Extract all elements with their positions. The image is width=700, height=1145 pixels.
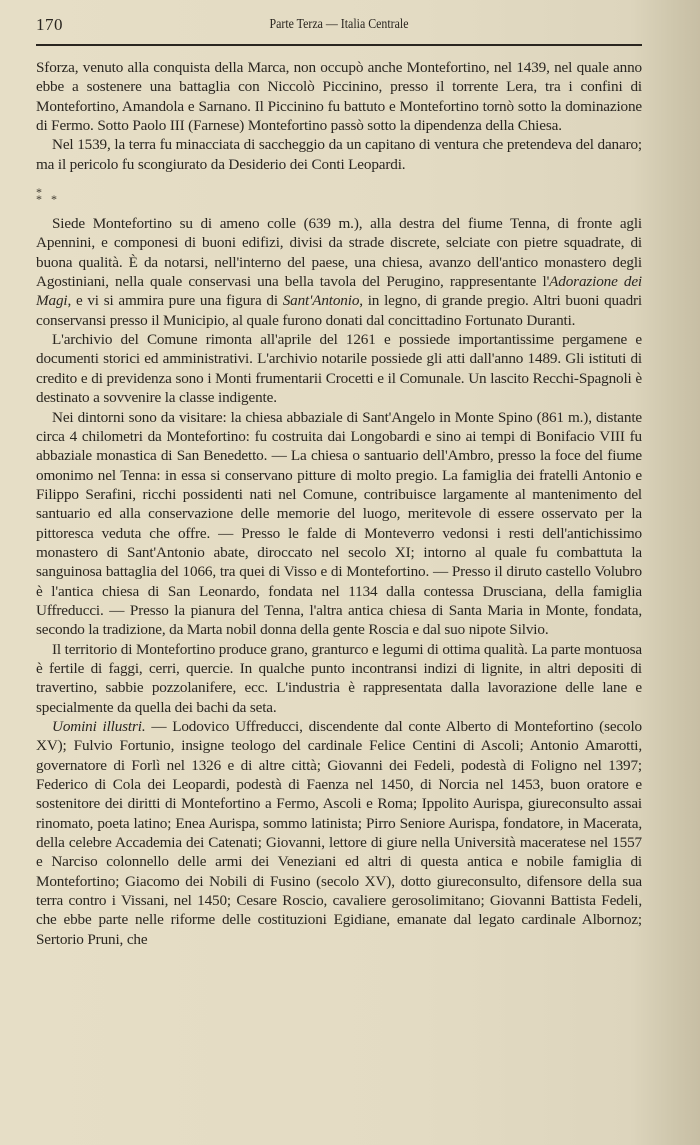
running-title: Parte Terza — Italia Centrale: [81, 14, 596, 36]
paragraph-siede-montefortino: Siede Montefortino su di ameno colle (63…: [36, 214, 642, 330]
running-head: 170 Parte Terza — Italia Centrale: [36, 14, 642, 36]
paragraph-1539: Nel 1539, la terra fu minacciata di sacc…: [36, 135, 642, 174]
text-run: — Lodovico Uffreducci, discendente dal c…: [36, 718, 642, 948]
page-number: 170: [36, 14, 63, 36]
header-rule: [36, 44, 642, 46]
book-page: 170 Parte Terza — Italia Centrale Sforza…: [36, 14, 642, 949]
section-lead-uomini-illustri: Uomini illustri.: [52, 718, 145, 735]
body-text: Sforza, venuto alla conquista della Marc…: [36, 58, 642, 949]
text-run: , e vi si ammira pure una figura di: [67, 292, 282, 309]
asterism-separator: * * *: [36, 174, 642, 214]
paragraph-territorio: Il territorio di Montefortino produce gr…: [36, 640, 642, 717]
paragraph-sforza: Sforza, venuto alla conquista della Marc…: [36, 58, 642, 135]
paragraph-archivio: L'archivio del Comune rimonta all'aprile…: [36, 330, 642, 407]
asterism-star-bottom: * *: [36, 194, 642, 204]
paragraph-dintorni: Nei dintorni sono da visitare: la chiesa…: [36, 408, 642, 640]
artwork-title-santantonio: Sant'Antonio: [283, 292, 360, 309]
paragraph-uomini-illustri: Uomini illustri. — Lodovico Uffreducci, …: [36, 717, 642, 949]
